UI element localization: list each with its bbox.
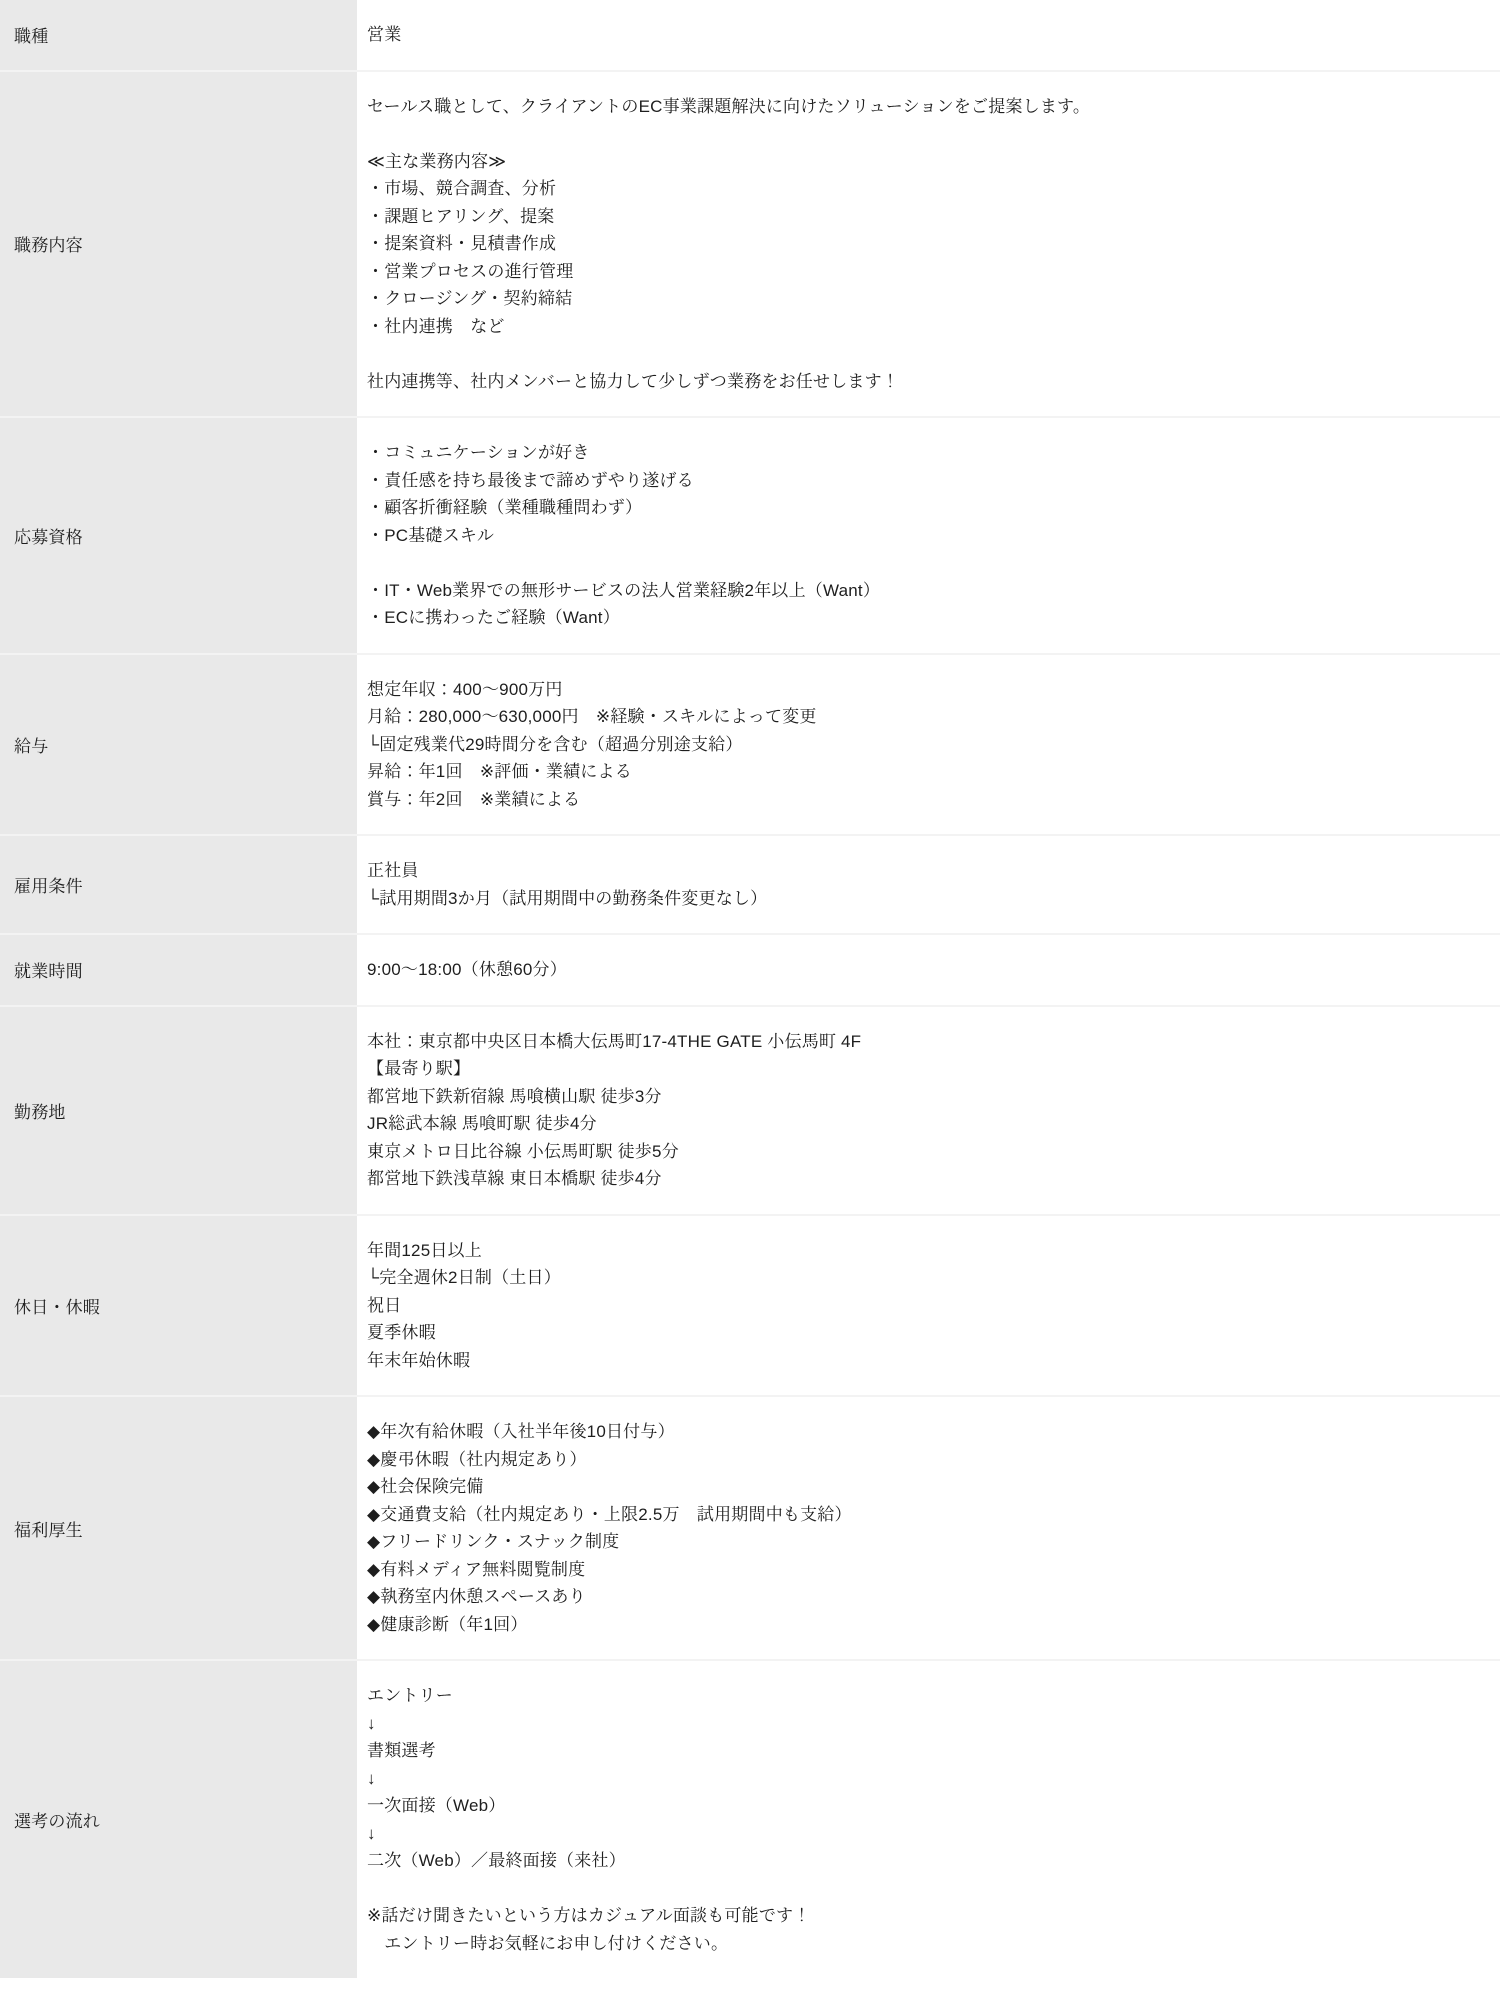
row-content: ・コミュニケーションが好き・責任感を持ち最後まで諦めずやり遂げる・顧客折衝経験（…	[357, 418, 1500, 653]
content-line	[367, 549, 1476, 577]
content-line	[367, 340, 1476, 368]
job-detail-table: 職種 営業 職務内容 セールス職として、クライアントのEC事業課題解決に向けたソ…	[0, 0, 1500, 1978]
content-line: エントリー時お気軽にお申し付けください。	[367, 1930, 1476, 1958]
content-line: 【最寄り駅】	[367, 1055, 1476, 1083]
row-content: 営業	[357, 0, 1500, 70]
content-line: ※話だけ聞きたいという方はカジュアル面談も可能です！	[367, 1902, 1476, 1930]
content-line: ≪主な業務内容≫	[367, 148, 1476, 176]
table-row: 応募資格 ・コミュニケーションが好き・責任感を持ち最後まで諦めずやり遂げる・顧客…	[0, 416, 1500, 653]
content-line: JR総武本線 馬喰町駅 徒歩4分	[367, 1110, 1476, 1138]
content-line: ◆慶弔休暇（社内規定あり）	[367, 1446, 1476, 1474]
content-line: ◆執務室内休憩スペースあり	[367, 1583, 1476, 1611]
table-row: 職種 営業	[0, 0, 1500, 70]
row-content: 本社：東京都中央区日本橋大伝馬町17-4THE GATE 小伝馬町 4F【最寄り…	[357, 1007, 1500, 1214]
content-line: 年末年始休暇	[367, 1347, 1476, 1375]
content-line: 昇給：年1回 ※評価・業績による	[367, 758, 1476, 786]
content-line	[367, 1875, 1476, 1903]
content-line	[367, 120, 1476, 148]
content-line: ◆健康診断（年1回）	[367, 1611, 1476, 1639]
table-row: 休日・休暇 年間125日以上└完全週休2日制（土日）祝日夏季休暇年末年始休暇	[0, 1214, 1500, 1396]
content-line: 都営地下鉄浅草線 東日本橋駅 徒歩4分	[367, 1165, 1476, 1193]
table-row: 福利厚生 ◆年次有給休暇（入社半年後10日付与）◆慶弔休暇（社内規定あり）◆社会…	[0, 1395, 1500, 1659]
content-line: ・提案資料・見積書作成	[367, 230, 1476, 258]
content-line: └試用期間3か月（試用期間中の勤務条件変更なし）	[367, 885, 1476, 913]
content-line: ・課題ヒアリング、提案	[367, 203, 1476, 231]
content-line: 年間125日以上	[367, 1237, 1476, 1265]
row-content: エントリー↓書類選考↓一次面接（Web）↓二次（Web）／最終面接（来社）※話だ…	[357, 1661, 1500, 1978]
content-line: ◆社会保険完備	[367, 1473, 1476, 1501]
content-line: 書類選考	[367, 1737, 1476, 1765]
content-line: 月給：280,000〜630,000円 ※経験・スキルによって変更	[367, 703, 1476, 731]
table-row: 職務内容 セールス職として、クライアントのEC事業課題解決に向けたソリューション…	[0, 70, 1500, 417]
row-header-label: 福利厚生	[0, 1397, 357, 1659]
content-line: ・IT・Web業界での無形サービスの法人営業経験2年以上（Want）	[367, 577, 1476, 605]
content-line: ◆有料メディア無料閲覧制度	[367, 1556, 1476, 1584]
content-line: ・クロージング・契約締結	[367, 285, 1476, 313]
table-row: 雇用条件 正社員└試用期間3か月（試用期間中の勤務条件変更なし）	[0, 834, 1500, 933]
row-header-label: 職務内容	[0, 72, 357, 417]
content-line: ◆交通費支給（社内規定あり・上限2.5万 試用期間中も支給）	[367, 1501, 1476, 1529]
content-line: 社内連携等、社内メンバーと協力して少しずつ業務をお任せします！	[367, 368, 1476, 396]
row-header-label: 雇用条件	[0, 836, 357, 933]
content-line: ↓	[367, 1820, 1476, 1848]
content-line: 賞与：年2回 ※業績による	[367, 786, 1476, 814]
content-line: 想定年収：400〜900万円	[367, 676, 1476, 704]
table-row: 就業時間 9:00〜18:00（休憩60分）	[0, 933, 1500, 1005]
row-header-label: 休日・休暇	[0, 1216, 357, 1396]
row-content: 年間125日以上└完全週休2日制（土日）祝日夏季休暇年末年始休暇	[357, 1216, 1500, 1396]
content-line: ↓	[367, 1710, 1476, 1738]
content-line: ・コミュニケーションが好き	[367, 439, 1476, 467]
content-line: 9:00〜18:00（休憩60分）	[367, 956, 1476, 984]
content-line: 本社：東京都中央区日本橋大伝馬町17-4THE GATE 小伝馬町 4F	[367, 1028, 1476, 1056]
row-content: 正社員└試用期間3か月（試用期間中の勤務条件変更なし）	[357, 836, 1500, 933]
content-line: エントリー	[367, 1682, 1476, 1710]
content-line: ・社内連携 など	[367, 313, 1476, 341]
content-line: └完全週休2日制（土日）	[367, 1264, 1476, 1292]
content-line: 営業	[367, 21, 1476, 49]
content-line: ◆年次有給休暇（入社半年後10日付与）	[367, 1418, 1476, 1446]
content-line: └固定残業代29時間分を含む（超過分別途支給）	[367, 731, 1476, 759]
row-header-label: 選考の流れ	[0, 1661, 357, 1978]
row-content: 9:00〜18:00（休憩60分）	[357, 935, 1500, 1005]
row-content: 想定年収：400〜900万円月給：280,000〜630,000円 ※経験・スキ…	[357, 655, 1500, 835]
content-line: ・営業プロセスの進行管理	[367, 258, 1476, 286]
content-line: 祝日	[367, 1292, 1476, 1320]
content-line: ◆フリードリンク・スナック制度	[367, 1528, 1476, 1556]
content-line: ・責任感を持ち最後まで諦めずやり遂げる	[367, 467, 1476, 495]
content-line: セールス職として、クライアントのEC事業課題解決に向けたソリューションをご提案し…	[367, 93, 1476, 121]
content-line: ・ECに携わったご経験（Want）	[367, 604, 1476, 632]
content-line: ↓	[367, 1765, 1476, 1793]
row-content: ◆年次有給休暇（入社半年後10日付与）◆慶弔休暇（社内規定あり）◆社会保険完備◆…	[357, 1397, 1500, 1659]
row-header-label: 給与	[0, 655, 357, 835]
content-line: ・PC基礎スキル	[367, 522, 1476, 550]
row-content: セールス職として、クライアントのEC事業課題解決に向けたソリューションをご提案し…	[357, 72, 1500, 417]
content-line: ・顧客折衝経験（業種職種問わず）	[367, 494, 1476, 522]
content-line: 都営地下鉄新宿線 馬喰横山駅 徒歩3分	[367, 1083, 1476, 1111]
row-header-label: 応募資格	[0, 418, 357, 653]
content-line: ・市場、競合調査、分析	[367, 175, 1476, 203]
table-row: 勤務地 本社：東京都中央区日本橋大伝馬町17-4THE GATE 小伝馬町 4F…	[0, 1005, 1500, 1214]
content-line: 夏季休暇	[367, 1319, 1476, 1347]
content-line: 東京メトロ日比谷線 小伝馬町駅 徒歩5分	[367, 1138, 1476, 1166]
table-row: 選考の流れ エントリー↓書類選考↓一次面接（Web）↓二次（Web）／最終面接（…	[0, 1659, 1500, 1978]
content-line: 一次面接（Web）	[367, 1792, 1476, 1820]
row-header-label: 勤務地	[0, 1007, 357, 1214]
content-line: 正社員	[367, 857, 1476, 885]
table-row: 給与 想定年収：400〜900万円月給：280,000〜630,000円 ※経験…	[0, 653, 1500, 835]
content-line: 二次（Web）／最終面接（来社）	[367, 1847, 1476, 1875]
row-header-label: 就業時間	[0, 935, 357, 1005]
row-header-label: 職種	[0, 0, 357, 70]
